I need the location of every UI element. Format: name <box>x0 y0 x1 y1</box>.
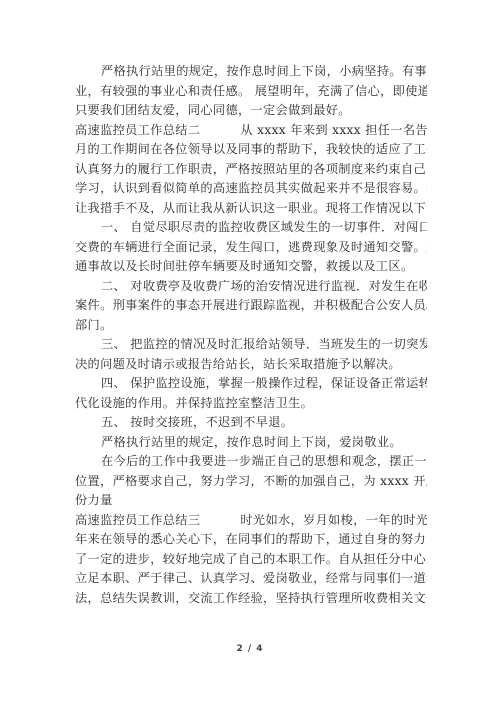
document-page: 严格执行站里的规定，按作息时间上下岗，小病坚持。有事推迟，爱岗敬 业，有较强的事… <box>0 0 500 707</box>
text-line: 法，总结失误教训，交流工作经验，坚持执行管理所收费相关文件政策，顺利圆 <box>75 589 427 609</box>
section-3-heading: 高速监控员工作总结三 <box>75 511 200 531</box>
text-line: 份力量 <box>75 491 427 511</box>
section-2-first-text: 从 xxxx 年来到 xxxx 担任一名告诉监控员，近三个 <box>240 123 427 137</box>
section-2-heading-line: 高速监控员工作总结二从 xxxx 年来到 xxxx 担任一名告诉监控员，近三个 <box>75 121 427 141</box>
text-line: 部门。 <box>75 316 427 336</box>
list-item-4: 四、 保护监控设施，掌握一般操作过程，保证设备正常运转，充分发挥现 <box>75 374 427 394</box>
page-number: 2 / 4 <box>0 644 500 654</box>
section-3-heading-line: 高速监控员工作总结三时光如水，岁月如梭，一年的时光转眼过去了，一 <box>75 511 427 531</box>
list-item-3: 三、 把监控的情况及时汇报给站领导．当班发生的一切突发事件和难以解 <box>75 335 427 355</box>
text-line: 在今后的工作中我要进一步端正自己的思想和观念，摆正一个效劳人远的 <box>75 452 427 472</box>
text-line: 只要我们团结友爱，同心同德，一定会做到最好。 <box>75 101 427 121</box>
text-line: 案件。刑事案件的事态开展进行跟踪监视，并积极配合公安人员。交通派出所等 <box>75 296 427 316</box>
text-line: 交费的车辆进行全面记录，发生闯口，逃费现象及时通知交警。对高速公路上交 <box>75 238 427 258</box>
text-line: 让我措手不及，从而让我从新认识这一职业。现将工作情况以下简要汇报。 <box>75 199 427 219</box>
document-body: 严格执行站里的规定，按作息时间上下岗，小病坚持。有事推迟，爱岗敬 业，有较强的事… <box>75 62 427 608</box>
text-line: 通事故以及长时间驻停车辆要及时通知交警，救援以及工区。 <box>75 257 427 277</box>
list-item-1: 一、 自觉尽职尽责的监控收费区域发生的一切事件．对闯口、逃费、拒不 <box>75 218 427 238</box>
text-line: 学习，认识到看似简单的高速监控员其实做起来并不是很容易。各种事件、电话 <box>75 179 427 199</box>
list-item-2: 二、 对收费亭及收费广场的治安情况进行监视．对发生在收费区域的治安 <box>75 277 427 297</box>
text-line: 业，有较强的事业心和责任感。 展望明年，充满了信心，即使道路坎坷荆棘， <box>75 82 427 102</box>
list-item-5: 五、 按时交接班，不迟到不早退。 <box>75 413 427 433</box>
section-3-first-text: 时光如水，岁月如梭，一年的时光转眼过去了，一 <box>240 513 427 527</box>
text-line: 认真努力的履行工作职责，严格按照站里的各项制度来约束自己，通过三个月的 <box>75 160 427 180</box>
text-line: 了一定的进步，较好地完成了自己的本职工作。自从担任分中心监控员以来，我 <box>75 550 427 570</box>
text-line: 立足本职、严于律己、认真学习、爱岗敬业，经常与同事们一道学习先进工作方 <box>75 569 427 589</box>
text-line: 代化设施的作用。并保持监控室整洁卫生。 <box>75 394 427 414</box>
section-2-heading: 高速监控员工作总结二 <box>75 121 200 141</box>
text-line: 位置，严格要求自己，努力学习，不断的加强自己，为 xxxx 开展奉献自己的一 <box>75 472 427 492</box>
text-line: 严格执行站里的规定，按作息时间上下岗，爱岗敬业。 <box>75 433 427 453</box>
text-line: 严格执行站里的规定，按作息时间上下岗，小病坚持。有事推迟，爱岗敬 <box>75 62 427 82</box>
text-line: 月的工作期间在各位领导以及同事的帮助下，我较快的适应了工作，认真学习， <box>75 140 427 160</box>
text-line: 年来在领导的悉心关心下，在同事们的帮助下，通过自身的努力，各方面都取得 <box>75 530 427 550</box>
text-line: 决的问题及时请示或报告给站长，站长采取措施予以解决。 <box>75 355 427 375</box>
